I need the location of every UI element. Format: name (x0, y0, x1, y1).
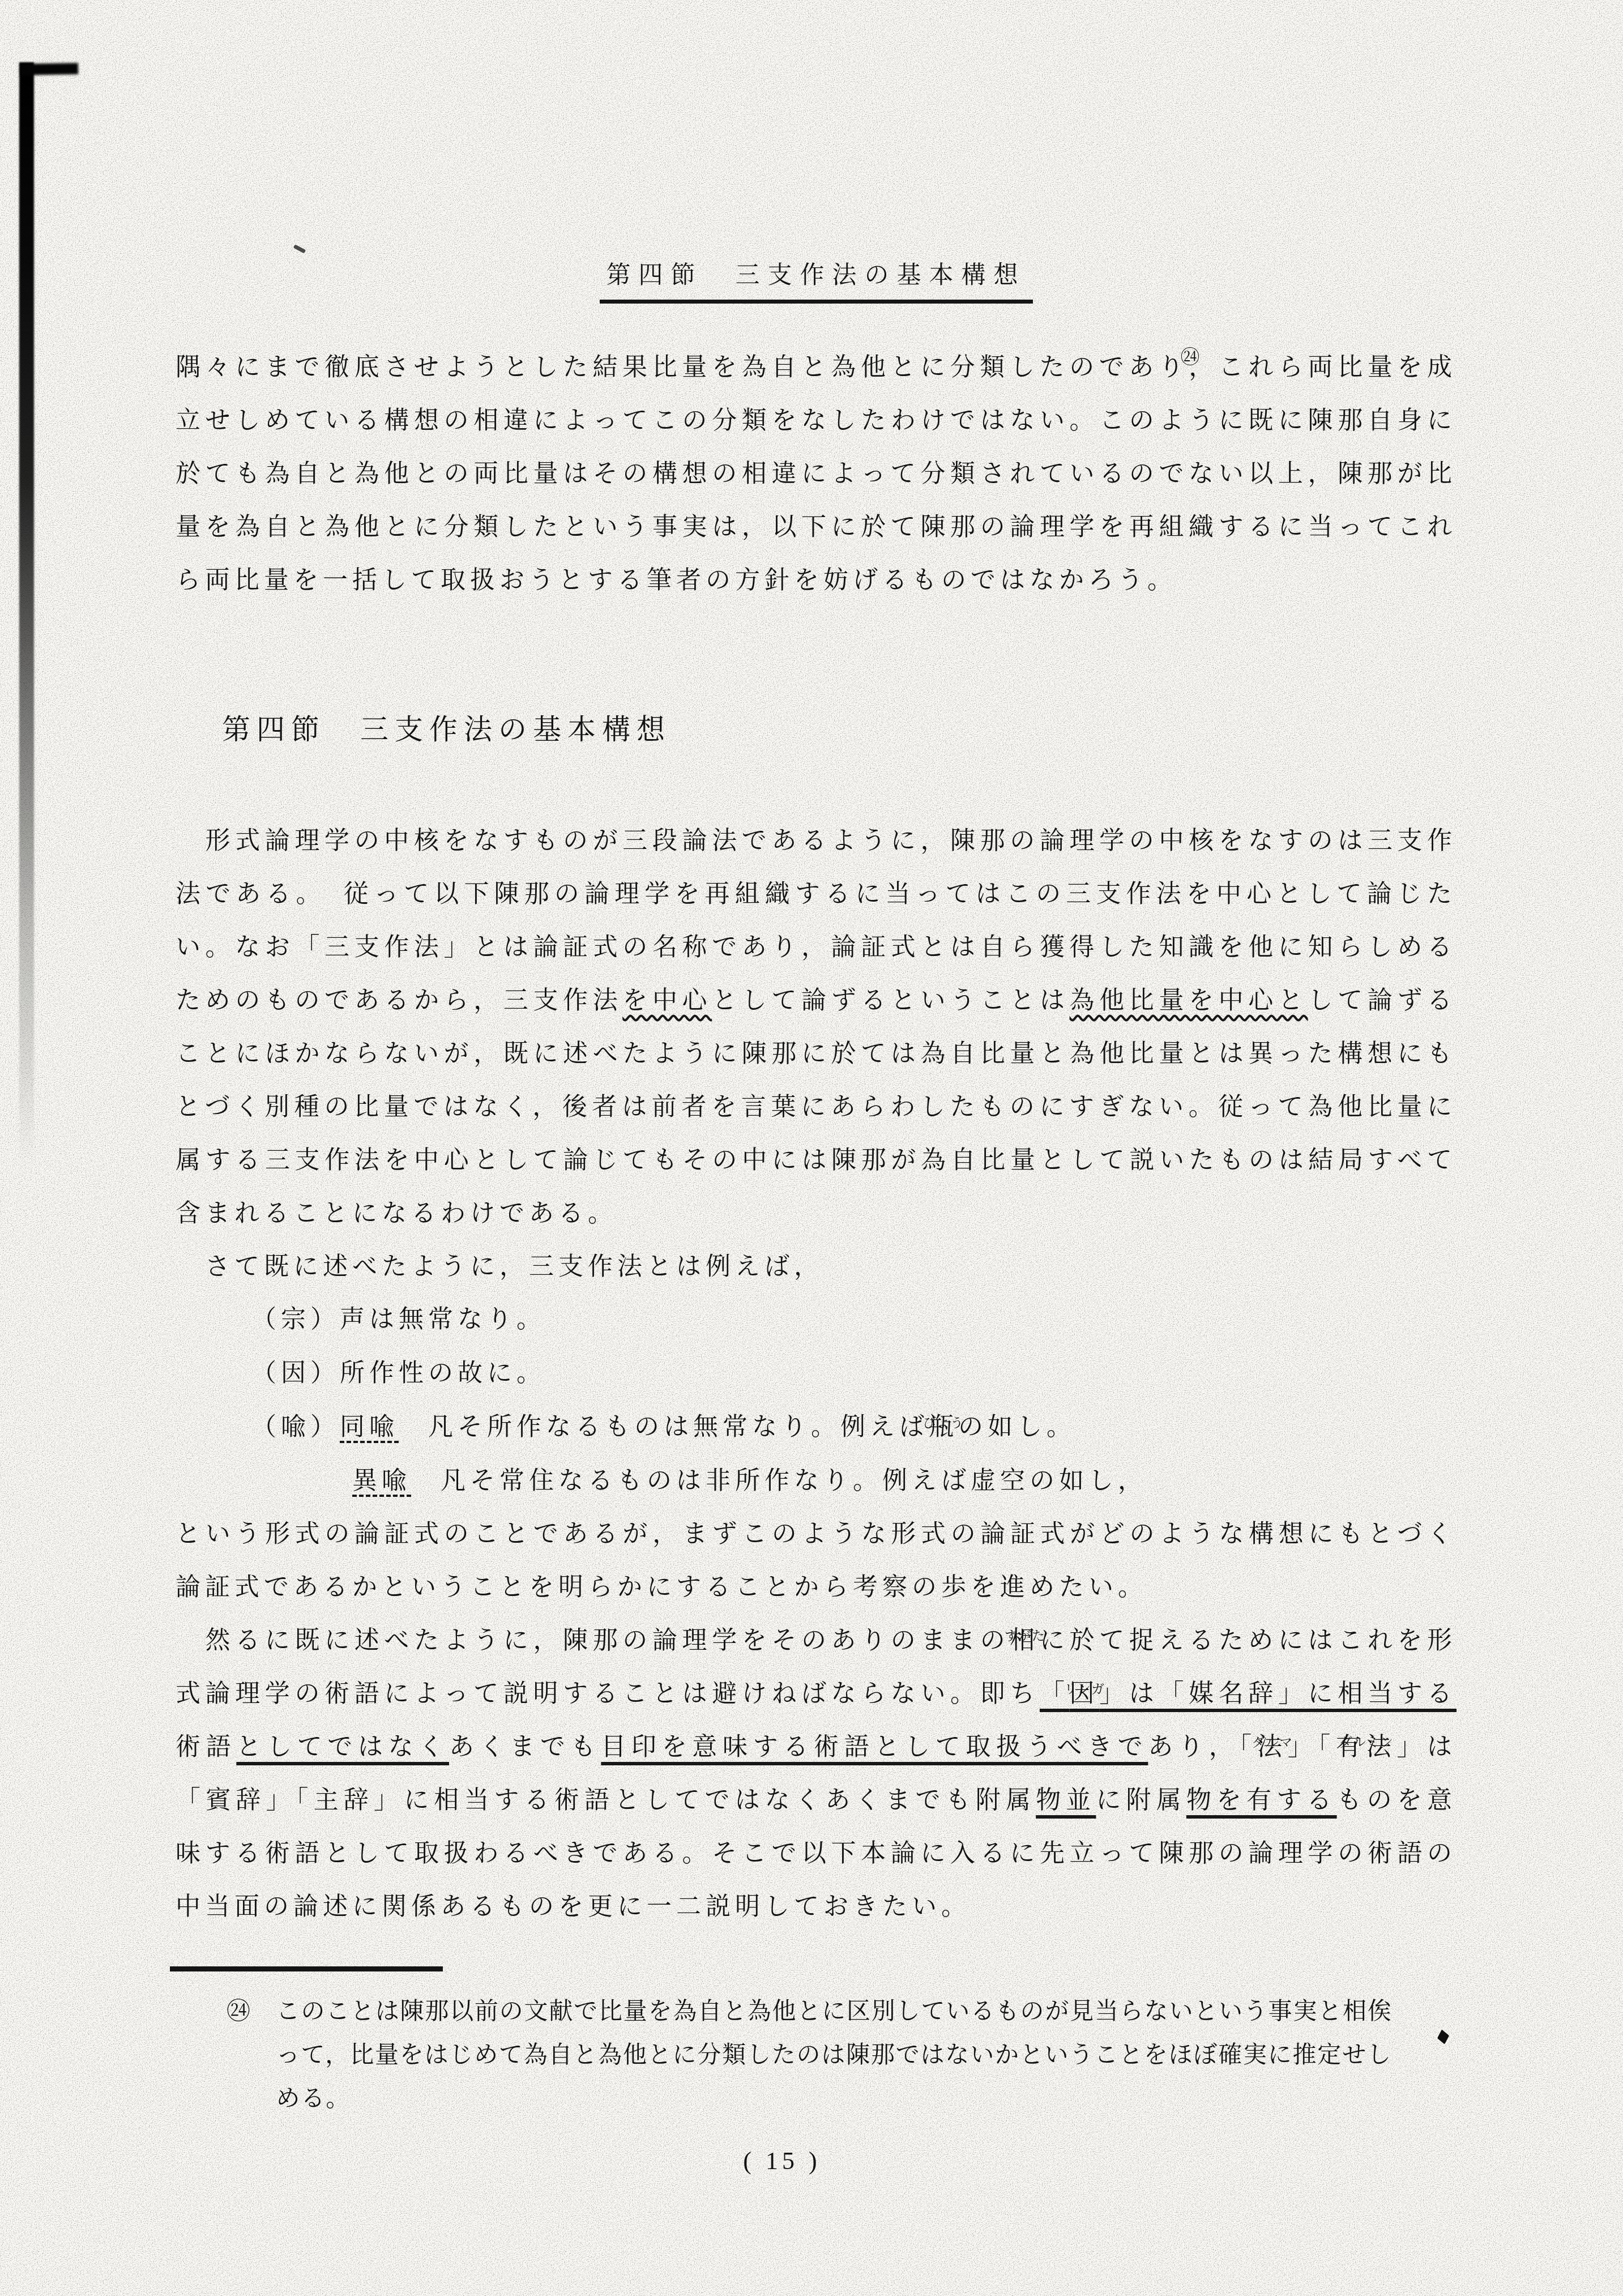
text-segment: 凡そ所作なるものは無常なり。例えば (399, 1413, 929, 1441)
text-segment: 立せしめている構想の相違によってこの分類をなしたわけではない。このように既に陳那… (176, 407, 1457, 434)
text-line: ためのものであるから，三支作法を中心として論ずるということは為他比量を中心として… (176, 974, 1457, 1027)
text-segment: ら両比量を一括して取扱おうとする筆者の方針を妨げるものではなかろう。 (176, 566, 1177, 594)
text-segment: 」は (1396, 1733, 1457, 1761)
paragraph-intro: 隅々にまで徹底させようとした結果比量を為自と為他とに分類したのであり㉔，これら両… (176, 341, 1457, 607)
text-segment: い。なお「三支作法」とは論証式の名称であり，論証式とは自ら獲得した知識を他に知ら… (176, 933, 1457, 961)
pen-underline-annotation: 目印を意味する術語として取扱うべきで (601, 1733, 1148, 1761)
text-line: 含まれることになるわけである。 (176, 1187, 1457, 1240)
furigana: リンガ (1064, 1663, 1105, 1716)
text-segment: 量を為自と為他とに分類したという事実は，以下に於て陳那の論理学を再組織するに当っ… (176, 513, 1457, 541)
text-line: 法である。 従って以下陳那の論理学を再組織するに当ってはこの三支作法を中心として… (176, 868, 1457, 921)
footnote-separator-rule (170, 1966, 443, 1971)
text-line: い。なお「三支作法」とは論証式の名称であり，論証式とは自ら獲得した知識を他に知ら… (176, 921, 1457, 974)
text-segment: という形式の論証式のことであるが，まずこのような形式の論証式がどのような構想にも… (176, 1520, 1457, 1548)
text-segment: 形式論理学の中核をなすものが三段論法であるように，陳那の論理学の中核をなすのは三… (176, 827, 1457, 855)
pen-underline-annotation: 同喩 (340, 1413, 399, 1441)
text-line: ら両比量を一括して取扱おうとする筆者の方針を妨げるものではなかろう。 (176, 554, 1457, 607)
pen-underline-annotation: 異喩 (352, 1467, 411, 1495)
text-segment: 於ても為自と為他との両比量はその構想の相違によって分類されているのでない以上，陳… (176, 460, 1457, 488)
text-line: 然るに既に述べたように，陳那の論理学をそのありのままの相すがたに於て捉えるために… (176, 1614, 1457, 1667)
text-segment: 「賓辞」「主辞」に相当する術語としてではなくあくまでも附属 (176, 1786, 1036, 1814)
pen-underline-annotation: 」は「媒名辞」に相当する (1099, 1680, 1457, 1708)
pen-underline-annotation: 物並 (1036, 1786, 1096, 1814)
ruby-base: 有法ダルミン (1336, 1733, 1396, 1761)
text-line: 量を為自と為他とに分類したという事実は，以下に於て陳那の論理学を再組織するに当っ… (176, 501, 1457, 554)
footnote-ref-glyph: ㉔ (1181, 331, 1200, 385)
text-line: （宗）声は無常なり。 (176, 1292, 1457, 1346)
ruby-base: 相すがた (1010, 1627, 1040, 1654)
text-line: 中当面の論述に関係あるものを更に一二説明しておきたい。 (176, 1880, 1457, 1934)
text-segment: 術語 (176, 1733, 236, 1761)
text-segment: める。 (227, 2086, 351, 2112)
text-segment: 含まれることになるわけである。 (176, 1200, 617, 1227)
text-segment: あくまでも (449, 1733, 601, 1761)
pen-underline-annotation: としてではなく (236, 1733, 449, 1761)
text-segment (176, 1467, 352, 1495)
pen-underline-annotation: を中心 (622, 987, 712, 1014)
text-segment: （宗）声は無常なり。 (176, 1305, 546, 1333)
text-segment: 式論理学の術語によって説明することは避けねばならない。即ち (176, 1680, 1040, 1708)
text-segment: の如し。 (958, 1413, 1076, 1441)
text-line: める。 (227, 2077, 1461, 2121)
text-line: 属する三支作法を中心として論じてもその中には陳那が為自比量として説いたものは結局… (176, 1134, 1457, 1187)
text-line: ことにほかならないが，既に述べたように陳那に於ては為自比量と為他比量とは異った構… (176, 1027, 1457, 1081)
furigana: ダルミン (1339, 1716, 1394, 1769)
pen-underline-annotation: 為他比量を中心と (1070, 987, 1308, 1014)
text-segment: に於て捉えるためにはこれを形 (1040, 1627, 1457, 1654)
text-segment: 中当面の論述に関係あるものを更に一二説明しておきたい。 (176, 1893, 971, 1921)
text-line: 異喩 凡そ常住なるものは非所作なり。例えば虚空の如し， (176, 1454, 1457, 1508)
footnote: ㉔ このことは陳那以前の文献で比量を為自と為他とに区別しているものが見当らないと… (227, 1990, 1461, 2121)
binding-shadow-artifact (19, 62, 34, 1167)
text-segment: ためのものであるから，三支作法 (176, 987, 622, 1014)
text-line: とづく別種の比量ではなく，後者は前者を言葉にあらわしたものにすぎない。従って為他… (176, 1081, 1457, 1134)
pen-underline-annotation: 因リンガ (1070, 1680, 1100, 1708)
text-line: （喩）同喩 凡そ所作なるものは無常なり。例えば瓶びようの如し。 (176, 1400, 1457, 1454)
text-line: （因）所作性の故に。 (176, 1346, 1457, 1400)
text-segment: ものを意 (1337, 1786, 1457, 1814)
text-segment: 」「 (1288, 1733, 1336, 1761)
text-line: さて既に述べたように，三支作法とは例えば， (176, 1240, 1457, 1294)
text-segment: 法である。 従って以下陳那の論理学を再組織するに当ってはこの三支作法を中心として… (176, 880, 1457, 908)
syllogism-example-block: （宗）声は無常なり。 （因）所作性の故に。 （喩）同喩 凡そ所作なるものは無常な… (176, 1292, 1457, 1508)
text-segment: して論ずる (1308, 987, 1457, 1014)
text-line: 味する術語として取扱わるべきである。そこで以下本論に入るに先立って陳那の論理学の… (176, 1827, 1457, 1880)
text-segment: あり，「 (1148, 1733, 1257, 1761)
text-segment: ，これら両比量を成 (1189, 353, 1457, 381)
text-line: って，比量をはじめて為自と為他とに分類したのは陳那ではないかということをほぼ確実… (227, 2034, 1461, 2077)
paragraph-main: 形式論理学の中核をなすものが三段論法であるように，陳那の論理学の中核をなすのは三… (176, 814, 1457, 1240)
running-head: 第四節 三支作法の基本構想 (176, 256, 1457, 304)
running-head-title: 第四節 三支作法の基本構想 (600, 256, 1033, 304)
text-segment: 属する三支作法を中心として論じてもその中には陳那が為自比量として説いたものは結局… (176, 1146, 1457, 1174)
binding-shadow-top-artifact (20, 63, 78, 75)
page-number: ( 15 ) (142, 2146, 1423, 2175)
furigana: ダルマ (1252, 1716, 1293, 1769)
text-segment: 凡そ常住なるものは非所作なり。例えば虚空の如し， (411, 1467, 1147, 1495)
scanned-page: 第四節 三支作法の基本構想 隅々にまで徹底させようとした結果比量を為自と為他とに… (0, 0, 1623, 2296)
text-segment: さて既に述べたように，三支作法とは例えば， (176, 1253, 823, 1281)
text-line: という形式の論証式のことであるが，まずこのような形式の論証式がどのような構想にも… (176, 1508, 1457, 1561)
text-segment: ㉔ このことは陳那以前の文献で比量を為自と為他とに区別しているものが見当らないと… (227, 1999, 1393, 2025)
text-segment: って，比量をはじめて為自と為他とに分類したのは陳那ではないかということをほぼ確実… (227, 2042, 1392, 2068)
text-segment: 論証式であるかということを明らかにすることから考察の歩を進めたい。 (176, 1573, 1147, 1601)
text-line: 式論理学の術語によって説明することは避けねばならない。即ち「因リンガ」は「媒名辞… (176, 1667, 1457, 1721)
text-segment: ことにほかならないが，既に述べたように陳那に於ては為自比量と為他比量とは異った構… (176, 1040, 1457, 1068)
text-segment: 隅々にまで徹底させようとした結果比量を為自と為他とに分類したのであり (176, 353, 1189, 381)
text-segment: （因）所作性の故に。 (176, 1359, 546, 1387)
text-segment: 然るに既に述べたように，陳那の論理学をそのありのままの (176, 1627, 1010, 1654)
ruby-base: 瓶びよう (929, 1413, 958, 1441)
text-line: ㉔ このことは陳那以前の文献で比量を為自と為他とに区別しているものが見当らないと… (227, 1990, 1461, 2034)
paragraph-transition: さて既に述べたように，三支作法とは例えば， (176, 1240, 1457, 1294)
furigana: びよう (923, 1396, 964, 1450)
text-line: 論証式であるかということを明らかにすることから考察の歩を進めたい。 (176, 1561, 1457, 1614)
text-segment: 味する術語として取扱わるべきである。そこで以下本論に入るに先立って陳那の論理学の… (176, 1840, 1457, 1867)
text-segment: （喩） (176, 1413, 340, 1441)
text-line: 隅々にまで徹底させようとした結果比量を為自と為他とに分類したのであり㉔，これら両… (176, 341, 1457, 394)
text-line: 於ても為自と為他との両比量はその構想の相違によって分類されているのでない以上，陳… (176, 447, 1457, 501)
section-heading: 第四節 三支作法の基本構想 (222, 707, 671, 748)
text-segment: として論ずるということは (712, 987, 1069, 1014)
text-line: 形式論理学の中核をなすものが三段論法であるように，陳那の論理学の中核をなすのは三… (176, 814, 1457, 868)
text-segment: に附属 (1096, 1786, 1186, 1814)
text-line: 術語としてではなくあくまでも目印を意味する術語として取扱うべきであり，「法ダルマ… (176, 1721, 1457, 1774)
text-segment: とづく別種の比量ではなく，後者は前者を言葉にあらわしたものにすぎない。従って為他… (176, 1093, 1457, 1121)
pen-underline-annotation: 物を有する (1186, 1786, 1337, 1814)
furigana: すがた (1005, 1610, 1045, 1663)
scan-fleck-artifact (293, 244, 306, 254)
text-line: 「賓辞」「主辞」に相当する術語としてではなくあくまでも附属物並に附属物を有するも… (176, 1774, 1457, 1827)
ruby-base: 法ダルマ (1257, 1733, 1288, 1761)
text-line: 立せしめている構想の相違によってこの分類をなしたわけではない。このように既に陳那… (176, 394, 1457, 447)
paragraph-closing: という形式の論証式のことであるが，まずこのような形式の論証式がどのような構想にも… (176, 1508, 1457, 1934)
